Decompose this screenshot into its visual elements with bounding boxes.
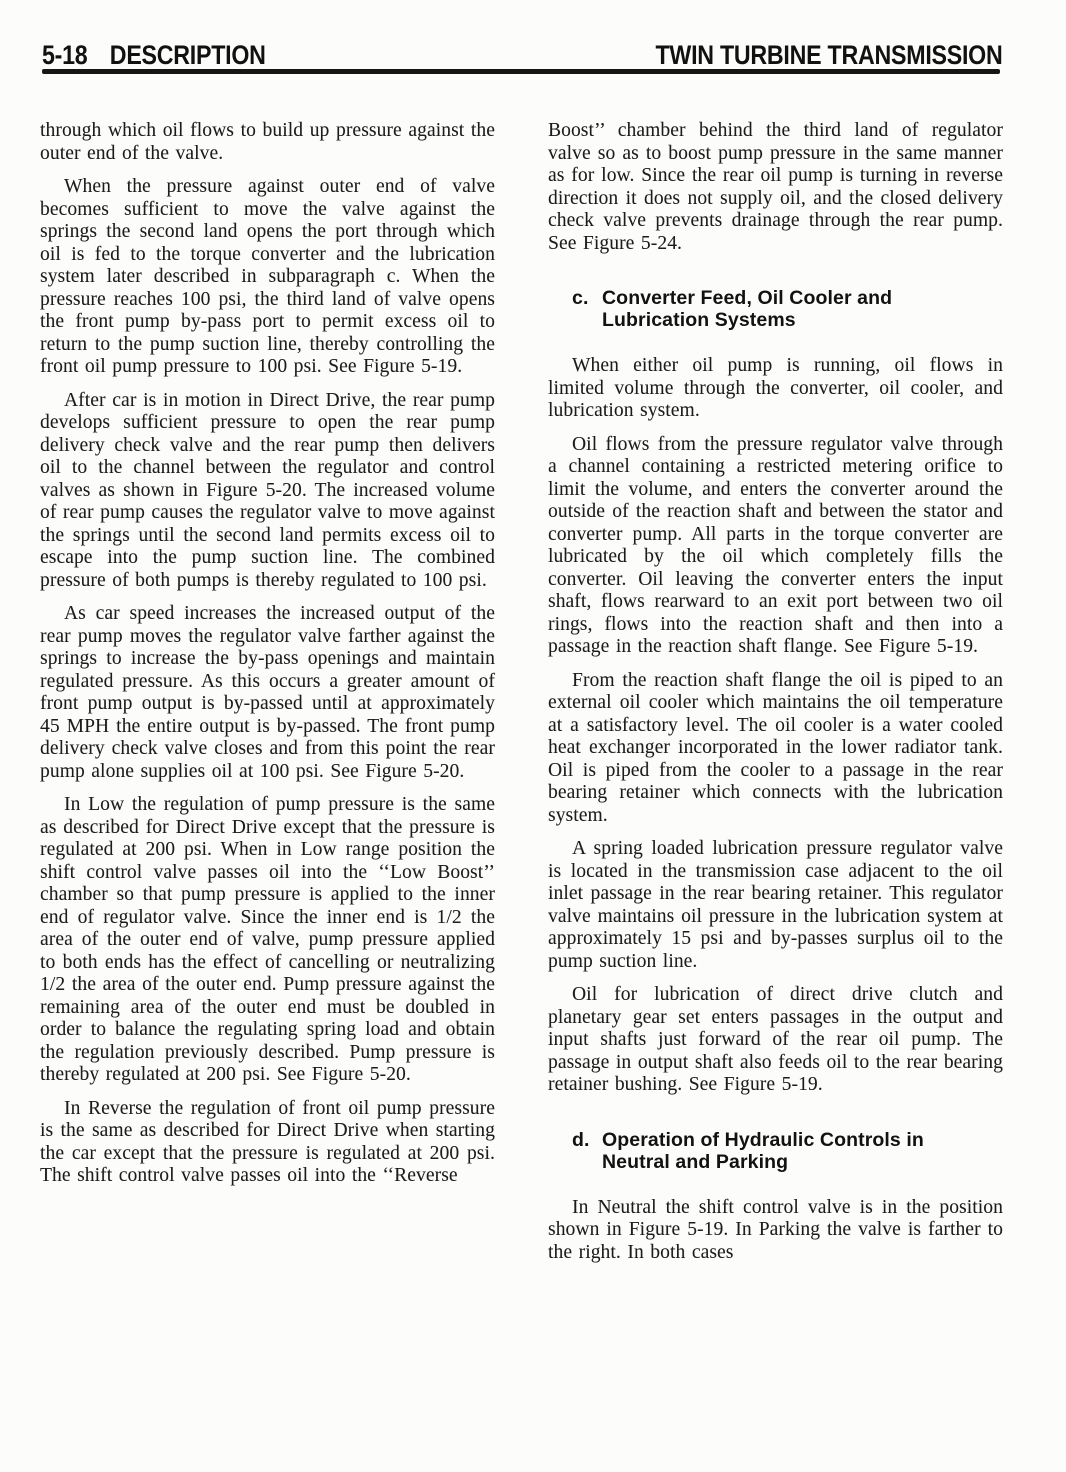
right-paragraph-5: A spring loaded lubrication pressure reg…	[548, 838, 1003, 973]
right-column: Boost’’ chamber behind the third land of…	[548, 120, 1003, 1275]
heading-c-line-2: Lubrication Systems	[602, 309, 892, 331]
right-paragraph-2: When either oil pump is running, oil flo…	[548, 355, 1003, 423]
left-paragraph-2: When the pressure against outer end of v…	[40, 176, 495, 379]
header-right: TWIN TURBINE TRANSMISSION	[655, 40, 1002, 71]
section-title: DESCRIPTION	[110, 40, 266, 70]
manual-page: 5-18DESCRIPTION TWIN TURBINE TRANSMISSIO…	[0, 0, 1066, 1472]
left-paragraph-6: In Reverse the regulation of front oil p…	[40, 1098, 495, 1188]
heading-d-text: Operation of Hydraulic Controls in Neutr…	[602, 1129, 924, 1173]
right-paragraph-7: In Neutral the shift control valve is in…	[548, 1197, 1003, 1265]
heading-c-line-1: Converter Feed, Oil Cooler and	[602, 287, 892, 309]
heading-d-line-2: Neutral and Parking	[602, 1151, 924, 1173]
page-header: 5-18DESCRIPTION TWIN TURBINE TRANSMISSIO…	[42, 40, 1002, 71]
section-heading-c: c. Converter Feed, Oil Cooler and Lubric…	[572, 287, 1003, 331]
right-paragraph-6: Oil for lubrication of direct drive clut…	[548, 984, 1003, 1097]
left-paragraph-3: After car is in motion in Direct Drive, …	[40, 390, 495, 593]
heading-c-text: Converter Feed, Oil Cooler and Lubricati…	[602, 287, 892, 331]
section-heading-d: d. Operation of Hydraulic Controls in Ne…	[572, 1129, 1003, 1173]
left-paragraph-4: As car speed increases the increased out…	[40, 603, 495, 783]
right-paragraph-4: From the reaction shaft flange the oil i…	[548, 670, 1003, 828]
heading-d-label: d.	[572, 1129, 602, 1173]
right-paragraph-3: Oil flows from the pressure regulator va…	[548, 434, 1003, 659]
heading-c-label: c.	[572, 287, 602, 331]
header-left: 5-18DESCRIPTION	[42, 40, 266, 71]
left-column: through which oil flows to build up pres…	[40, 120, 495, 1199]
page-number: 5-18	[42, 40, 87, 70]
right-paragraph-1: Boost’’ chamber behind the third land of…	[548, 120, 1003, 255]
heading-d-line-1: Operation of Hydraulic Controls in	[602, 1129, 924, 1151]
chapter-title: TWIN TURBINE TRANSMISSION	[655, 40, 1002, 70]
left-paragraph-1: through which oil flows to build up pres…	[40, 120, 495, 165]
left-paragraph-5: In Low the regulation of pump pressure i…	[40, 794, 495, 1087]
header-rule	[42, 69, 1000, 74]
